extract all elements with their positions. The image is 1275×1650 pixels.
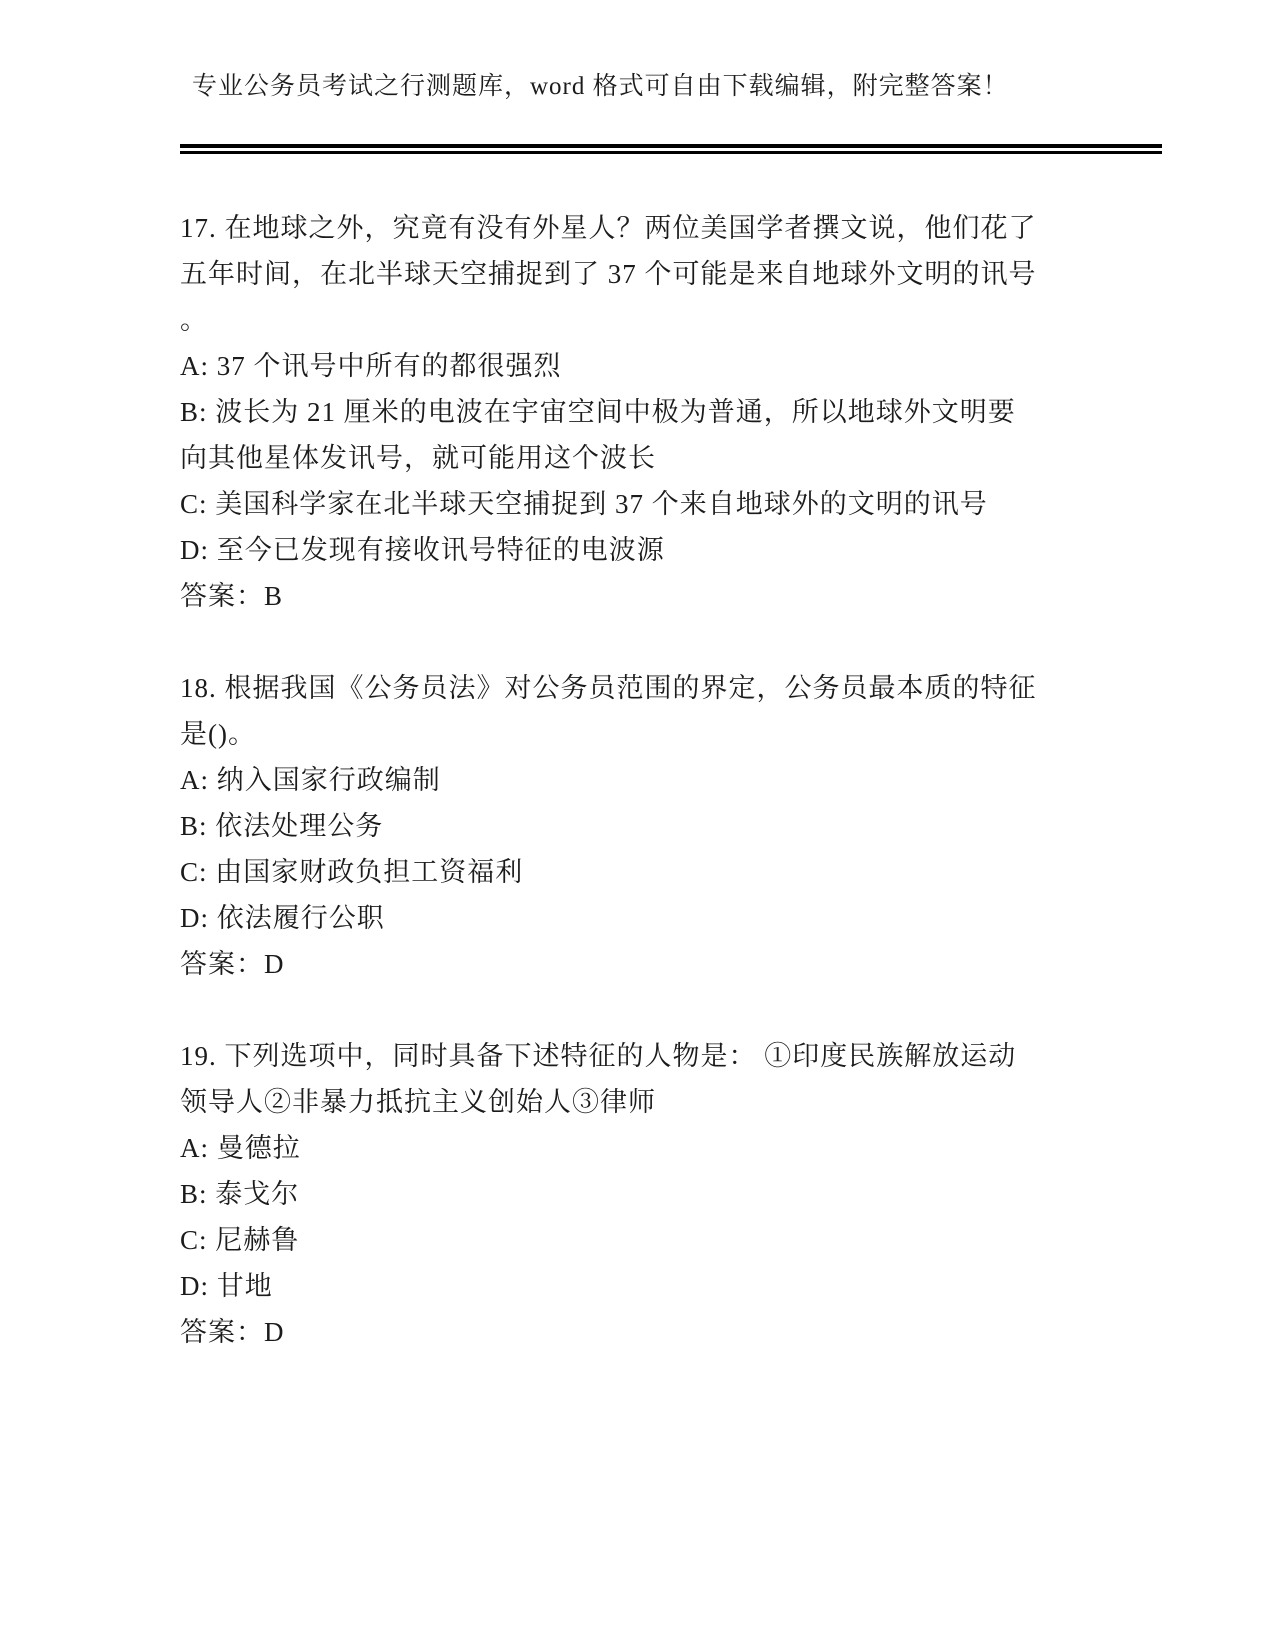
question-19: 19. 下列选项中，同时具备下述特征的人物是： ①印度民族解放运动 领导人②非暴… — [180, 1033, 1162, 1355]
option-line-d: D: 至今已发现有接收讯号特征的电波源 — [180, 527, 1162, 573]
question-18: 18. 根据我国《公务员法》对公务员范围的界定，公务员最本质的特征 是()。 A… — [180, 665, 1162, 987]
option-line-d: D: 甘地 — [180, 1263, 1162, 1309]
document-content: 专业公务员考试之行测题库，word 格式可自由下载编辑，附完整答案！ 17. 在… — [180, 0, 1162, 1355]
question-stem-line: 。 — [180, 297, 1162, 343]
answer-line: 答案：D — [180, 941, 1162, 987]
option-line-b: B: 依法处理公务 — [180, 803, 1162, 849]
answer-line: 答案：B — [180, 573, 1162, 619]
page-header-notice: 专业公务员考试之行测题库，word 格式可自由下载编辑，附完整答案！ — [180, 0, 1162, 104]
question-stem-line: 19. 下列选项中，同时具备下述特征的人物是： ①印度民族解放运动 — [180, 1033, 1162, 1079]
option-line-b: B: 泰戈尔 — [180, 1171, 1162, 1217]
option-line-c: C: 尼赫鲁 — [180, 1217, 1162, 1263]
question-17: 17. 在地球之外，究竟有没有外星人？两位美国学者撰文说，他们花了 五年时间，在… — [180, 205, 1162, 619]
option-line-a: A: 曼德拉 — [180, 1125, 1162, 1171]
question-stem-line: 是()。 — [180, 711, 1162, 757]
question-stem-line: 五年时间，在北半球天空捕捉到了 37 个可能是来自地球外文明的讯号 — [180, 251, 1162, 297]
exam-document-page: 专业公务员考试之行测题库，word 格式可自由下载编辑，附完整答案！ 17. 在… — [0, 0, 1275, 1650]
option-line-a: A: 纳入国家行政编制 — [180, 757, 1162, 803]
option-line-b: B: 波长为 21 厘米的电波在宇宙空间中极为普通，所以地球外文明要 — [180, 389, 1162, 435]
option-line-b-cont: 向其他星体发讯号，就可能用这个波长 — [180, 435, 1162, 481]
option-line-a: A: 37 个讯号中所有的都很强烈 — [180, 343, 1162, 389]
header-divider — [180, 144, 1162, 154]
question-stem-line: 17. 在地球之外，究竟有没有外星人？两位美国学者撰文说，他们花了 — [180, 205, 1162, 251]
question-stem-line: 18. 根据我国《公务员法》对公务员范围的界定，公务员最本质的特征 — [180, 665, 1162, 711]
option-line-d: D: 依法履行公职 — [180, 895, 1162, 941]
question-stem-line: 领导人②非暴力抵抗主义创始人③律师 — [180, 1079, 1162, 1125]
option-line-c: C: 由国家财政负担工资福利 — [180, 849, 1162, 895]
answer-line: 答案：D — [180, 1309, 1162, 1355]
option-line-c: C: 美国科学家在北半球天空捕捉到 37 个来自地球外的文明的讯号 — [180, 481, 1162, 527]
